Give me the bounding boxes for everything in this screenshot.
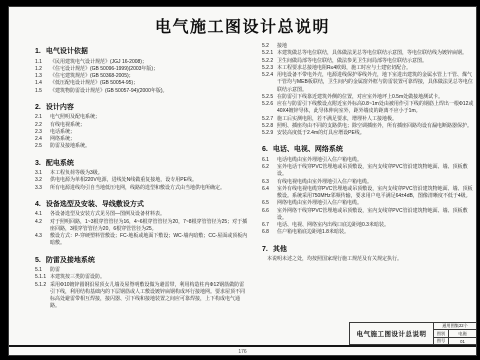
section-number: 7. — [262, 246, 268, 253]
title-block-atlas-note: 通用图集22个 — [434, 323, 476, 330]
notes-section: 2.设计内容2.1电气照明及配电系统；2.2有线电视系统；2.3电话系统；2.4… — [35, 102, 248, 151]
note-line: 1.1《民用建筑电气设计规范》(JGJ 16-2008)； — [35, 59, 248, 66]
note-number: 6.8 — [262, 229, 277, 236]
section-title: 电气设计依据 — [46, 48, 88, 55]
note-line: 5.2.8照明、插座均由不同的支路供电；除空调插座外，所有插座回路均设有漏电断路… — [262, 123, 475, 130]
note-line: 5.2.5在防雷引下线靠近建筑外侧的位置，对应室外地坪上0.5m处做接地测试卡。 — [262, 94, 475, 101]
note-text: 卫生间做局部等电位联结，做法参见卫生间局部等电位联结示意图。 — [277, 58, 475, 65]
note-line: 5.1.1本建筑按三类防雷设防。 — [35, 274, 248, 281]
section-number: 5. — [35, 257, 41, 264]
note-number: 5.2.9 — [262, 130, 277, 137]
number-value: 01 — [449, 338, 476, 344]
section-number: 6. — [262, 146, 268, 153]
note-number: 6.2 — [262, 164, 277, 179]
note-line: 2.2有线电视系统； — [35, 122, 248, 129]
note-line: 6.2室外电话干线穿PVC管埋地或吊顶敷设，室内支线穿PVC管沿建筑物地面、墙、… — [262, 164, 475, 179]
title-block-number-row: 图号 01 — [434, 337, 476, 344]
note-text: 有线电视系统； — [50, 122, 248, 129]
note-text: 《低压配电设计规范》(GB 50054-95)； — [50, 80, 248, 87]
note-number: 3.1 — [35, 170, 50, 177]
note-number: 1.4 — [35, 80, 50, 87]
note-text: 《建筑物防雷设计规范》(GB 50057-94)(2000年版)。 — [50, 88, 248, 95]
notes-section: 1.电气设计依据1.1《民用建筑电气设计规范》(JGJ 16-2008)；1.2… — [35, 46, 248, 95]
note-line: 6.6室外网络干线穿PVC管埋地或吊顶敷设，室内支线穿PVC管沿建筑物地面、墙、… — [262, 208, 475, 223]
section-heading: 7.其他 — [262, 244, 475, 254]
note-line: 4.1各设备选型及安装方式见另图—图例及设备材料表。 — [35, 211, 248, 218]
note-number: 1.1 — [35, 59, 50, 66]
note-line: 4.3敷设方式：P-穿硬塑料管敷设；FC-地板或地面下敷设；WC-墙内暗敷；CC… — [35, 233, 248, 248]
section-title: 设计内容 — [46, 104, 74, 111]
note-text: 防雷及接地系统。 — [50, 143, 248, 150]
notes-column-left: 1.电气设计依据1.1《民用建筑电气设计规范》(JGJ 16-2008)；1.2… — [35, 43, 248, 318]
note-line: 1.2《住宅设计规范》(GB 50096-1999)(2003年版)； — [35, 66, 248, 73]
sheet-title: 电气施工图设计总说明 — [9, 14, 476, 37]
section-title: 设备选型及安装、导线敷设方式 — [46, 201, 144, 208]
note-text: 采用Φ10镀锌圆钢沿屋顶女儿墙及屋脊明敷设做为避雷带，利用构造柱内Φ12钢筋做防… — [50, 282, 248, 311]
note-text: 电话系统； — [50, 129, 248, 136]
page-number: 176 — [9, 349, 476, 355]
note-number: 5.2.3 — [262, 65, 277, 72]
note-number: 2.1 — [35, 114, 50, 121]
note-text: 安装高度低于2.4m的灯具应增设PE线。 — [277, 130, 475, 137]
note-line: 本说明未述之处，均按照国家现行施工规范及有关规定执行。 — [262, 256, 475, 263]
note-number: 5.2.7 — [262, 116, 277, 123]
note-line: 6.1电话电缆由室外埋地引入住户箱电缆。 — [262, 157, 475, 164]
note-number: 6.4 — [262, 186, 277, 201]
section-heading: 6.电话、电视、网络系统 — [262, 144, 475, 154]
note-text: 《住宅设计规范》(GB 50096-1999)(2003年版)； — [50, 66, 248, 73]
note-number: 2.3 — [35, 129, 50, 136]
note-number: 4.3 — [35, 233, 50, 248]
note-line: 1.4《低压配电设计规范》(GB 50054-95)； — [35, 80, 248, 87]
note-line: 6.4室外有线电视电缆穿PVC管埋地或吊顶敷设，室内支线穿PVC管沿建筑物地面、… — [262, 186, 475, 201]
note-number: 2.5 — [35, 143, 50, 150]
note-number: 4.1 — [35, 211, 50, 218]
note-line: 5.2.1本建筑做总等电位联结，具体做法见总等电位联结示意图，等电位联结线为镀锌… — [262, 50, 475, 57]
note-number: 4.2 — [35, 219, 50, 234]
note-line: 5.2.4用电设备不带电外壳，电源进线保护零线外壳，地下室进出建筑的金属水管上干… — [262, 72, 475, 94]
note-number: 2.4 — [35, 136, 50, 143]
note-line: 5.2.9安装高度低于2.4m的灯具应增设PE线。 — [262, 130, 475, 137]
notes-section: 7.其他本说明未述之处，均按照国家现行施工规范及有关规定执行。 — [262, 244, 475, 264]
note-text: 有线电视电缆由室外埋地引入住户箱电缆。 — [277, 179, 475, 186]
notes-column-right: 5.2接地5.2.1本建筑做总等电位联结，具体做法见总等电位联结示意图，等电位联… — [262, 43, 475, 270]
note-number: 5.2.5 — [262, 94, 277, 101]
note-text: 敷设方式：P-穿硬塑料管敷设；FC-地板或地面下敷设；WC-墙内暗敷；CC-屋面… — [50, 233, 248, 248]
section-number: 3. — [35, 160, 41, 167]
note-line: 1.5《建筑物防雷设计规范》(GB 50057-94)(2000年版)。 — [35, 88, 248, 95]
note-line: 2.3电话系统； — [35, 129, 248, 136]
note-number: 1.5 — [35, 88, 50, 95]
note-text: 各设备选型及安装方式见另图—图例及设备材料表。 — [50, 211, 248, 218]
note-line: 5.2.2卫生间做局部等电位联结，做法参见卫生间局部等电位联结示意图。 — [262, 58, 475, 65]
notes-section: 6.电话、电视、网络系统6.1电话电缆由室外埋地引入住户箱电缆。6.2室外电话干… — [262, 144, 475, 236]
note-text: 施工后实测电阻，若不满足要求，增埋补人工接地极。 — [277, 116, 475, 123]
section-heading: 5.防雷及接地系统 — [35, 255, 248, 265]
note-number: 5.2.1 — [262, 50, 277, 57]
section-number: 1. — [35, 48, 41, 55]
note-text: 本工程要求总接地电阻R≤4欧姆，施工时应与土建密切配合。 — [277, 65, 475, 72]
drawing-sheet-background: 电气施工图设计总说明 1.电气设计依据1.1《民用建筑电气设计规范》(JGJ 1… — [0, 0, 480, 360]
notes-section: 5.2接地5.2.1本建筑做总等电位联结，具体做法见总等电位联结示意图，等电位联… — [262, 43, 475, 137]
note-number: 5.1 — [35, 267, 50, 274]
note-number: 5.2 — [262, 43, 277, 50]
number-label: 图号 — [434, 338, 449, 344]
title-block-drawing-title: 电气施工图设计总说明 — [350, 323, 434, 344]
note-line: 5.2.6应在与防雷引下线敷设点附近室外标高0.8~1m处由被用作引下线的钢筋上… — [262, 101, 475, 116]
note-number: 2.2 — [35, 122, 50, 129]
note-number: 1.3 — [35, 73, 50, 80]
note-number: 5.2.6 — [262, 101, 277, 116]
note-line: 3.2供电电源为单相220V电源，进线处N线做重复接地，设专用PE线。 — [35, 177, 248, 184]
note-line: 5.1.2采用Φ10镀锌圆钢沿屋顶女儿墙及屋脊明敷设做为避雷带，利用构造柱内Φ1… — [35, 282, 248, 311]
note-text: 电话电缆由室外埋地引入住户箱电缆。 — [277, 157, 475, 164]
section-heading: 3.配电系统 — [35, 158, 248, 168]
note-text: 《民用建筑电气设计规范》(JGJ 16-2008)； — [50, 59, 248, 66]
note-line: 2.1电气照明及配电系统； — [35, 114, 248, 121]
note-text: 用电设备不带电外壳，电源进线保护零线外壳，地下室进出建筑的金属水管上干管、煤气干… — [277, 72, 475, 94]
note-number: 1.2 — [35, 66, 50, 73]
note-text: 室外电话干线穿PVC管埋地或吊顶敷设，室内支线穿PVC管沿建筑物地面、墙、顶板敷… — [277, 164, 475, 179]
note-text: 本建筑按三类防雷设防。 — [50, 274, 248, 281]
section-title: 防雷及接地系统 — [46, 257, 95, 264]
note-text: 供电电源为单相220V电源，进线处N线做重复接地，设专用PE线。 — [50, 177, 248, 184]
title-block-category-row: 图别 电施 — [434, 330, 476, 337]
note-number: 5.2.4 — [262, 72, 277, 94]
section-title: 电话、电视、网络系统 — [273, 146, 343, 153]
note-line: 6.5网络电缆由室外埋地引入住户箱电缆。 — [262, 200, 475, 207]
note-line: 6.8住户箱电箱底边距地1.8米暗装。 — [262, 229, 475, 236]
note-number: 6.7 — [262, 222, 277, 229]
note-text: 网络电缆由室外埋地引入住户箱电缆。 — [277, 200, 475, 207]
note-line: 6.3有线电视电缆由室外埋地引入住户箱电缆。 — [262, 179, 475, 186]
note-line: 5.2.3本工程要求总接地电阻R≤4欧姆，施工时应与土建密切配合。 — [262, 65, 475, 72]
note-line: 3.3所有电源进线均引自当地低压电网，线路的选型和敷设方式由当地供电所确定。 — [35, 185, 248, 192]
note-line: 4.2对于照明回路，1~3根穿管管径为16，4~6根穿管管径为20，7~8根穿管… — [35, 219, 248, 234]
section-number: 2. — [35, 104, 41, 111]
note-text: 室外有线电视电缆穿PVC管埋地或吊顶敷设，室内支线穿PVC管沿建筑物地面、墙、顶… — [277, 186, 475, 201]
section-heading: 1.电气设计依据 — [35, 46, 248, 56]
section-title: 其他 — [273, 246, 287, 253]
notes-section: 5.防雷及接地系统5.1防雷5.1.1本建筑按三类防雷设防。5.1.2采用Φ10… — [35, 255, 248, 311]
note-text: 住户箱电箱底边距地1.8米暗装。 — [277, 229, 475, 236]
notes-section: 3.配电系统3.1本工程负荷等级为3级。3.2供电电源为单相220V电源，进线处… — [35, 158, 248, 192]
title-block-info-table: 通用图集22个 图别 电施 图号 01 — [434, 323, 476, 344]
note-number: 3.2 — [35, 177, 50, 184]
note-text: 本建筑做总等电位联结，具体做法见总等电位联结示意图，等电位联结线为镀锌扁钢。 — [277, 50, 475, 57]
note-number: 5.2.8 — [262, 123, 277, 130]
bottom-frame-rule — [9, 345, 476, 347]
note-text: 室外网络干线穿PVC管埋地或吊顶敷设，室内支线穿PVC管沿建筑物地面、墙、顶板敷… — [277, 208, 475, 223]
section-heading: 4.设备选型及安装、导线敷设方式 — [35, 199, 248, 209]
note-number: 6.5 — [262, 200, 277, 207]
note-number: 6.6 — [262, 208, 277, 223]
note-text: 对于照明回路，1~3根穿管管径为16，4~6根穿管管径为20，7~8根穿管管径为… — [50, 219, 248, 234]
note-text: 照明、插座均由不同的支路供电；除空调插座外，所有插座回路均设有漏电断路器保护。 — [277, 123, 475, 130]
note-line: 5.2.7施工后实测电阻，若不满足要求，增埋补人工接地极。 — [262, 116, 475, 123]
section-title: 配电系统 — [46, 160, 74, 167]
note-number: 6.1 — [262, 157, 277, 164]
title-block: 电气施工图设计总说明 通用图集22个 图别 电施 图号 01 — [349, 322, 476, 345]
category-value: 电施 — [449, 330, 476, 337]
note-number: 3.3 — [35, 185, 50, 192]
note-text: 本说明未述之处，均按照国家现行施工规范及有关规定执行。 — [267, 256, 475, 263]
category-label: 图别 — [434, 330, 449, 337]
note-number: 5.1.1 — [35, 274, 50, 281]
note-text: 电气照明及配电系统； — [50, 114, 248, 121]
note-text: 应在与防雷引下线敷设点附近室外标高0.8~1m处由被用作引下线的钢筋上焊出一根Φ… — [277, 101, 475, 116]
note-number: 6.3 — [262, 179, 277, 186]
section-heading: 2.设计内容 — [35, 102, 248, 112]
note-text: 在防雷引下线靠近建筑外侧的位置，对应室外地坪上0.5m处做接地测试卡。 — [277, 94, 475, 101]
note-text: 所有电源进线均引自当地低压电网，线路的选型和敷设方式由当地供电所确定。 — [50, 185, 248, 192]
note-line: 2.5防雷及接地系统。 — [35, 143, 248, 150]
notes-section: 4.设备选型及安装、导线敷设方式4.1各设备选型及安装方式见另图—图例及设备材料… — [35, 199, 248, 248]
note-number: 5.2.2 — [262, 58, 277, 65]
note-number: 5.1.2 — [35, 282, 50, 311]
drawing-paper: 电气施工图设计总说明 1.电气设计依据1.1《民用建筑电气设计规范》(JGJ 1… — [8, 6, 477, 356]
section-number: 4. — [35, 201, 41, 208]
